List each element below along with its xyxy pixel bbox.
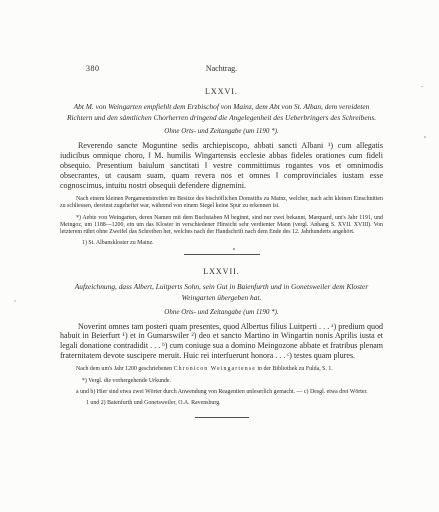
section-summary: Abt M. von Weingarten empfiehlt dem Erzb…	[64, 102, 379, 123]
section-summary: Aufzeichnung, dass Albert, Luitperts Soh…	[64, 282, 379, 303]
section-divider	[184, 254, 260, 255]
scan-speckle	[421, 86, 423, 87]
footnote-1-2: 1 und 2) Baienfurth und Gonetsweiler, O.…	[60, 400, 383, 407]
section-number: LXXVI.	[60, 87, 383, 96]
section-dateline: Ohne Orts- und Zeitangabe (um 1190 *).	[60, 308, 383, 316]
scan-speckle	[424, 136, 426, 138]
footnote-1: 1) St. Albanskloster zu Mainz.	[60, 240, 383, 247]
section-dateline: Ohne Orts- und Zeitangabe (um 1190 *).	[60, 127, 383, 135]
section-number: LXXVII.	[60, 267, 383, 276]
end-divider	[195, 417, 249, 418]
source-note-pre: Nach dem um's Jahr 1200 geschriebenen	[76, 366, 174, 372]
footnote-star: *) Vergl. die vorhergehende Urkunde.	[60, 378, 383, 385]
text-column: 380 Nachtrag. LXXVI. Abt M. von Weingart…	[60, 64, 383, 418]
section-body: Noverint omnes tam posteri quam presente…	[60, 322, 383, 362]
source-note-emphasis: Chronicon Weingartense	[174, 366, 256, 372]
running-title: Nachtrag.	[60, 64, 383, 73]
entry-lxxvi: LXXVI. Abt M. von Weingarten empfiehlt d…	[60, 87, 383, 247]
footnote-abc: a und b) Hier sind etwa zwei Wörter durc…	[60, 389, 383, 396]
scan-speckle	[233, 248, 235, 250]
source-note: Nach einem kleinen Pergamentstreifen im …	[60, 196, 383, 211]
source-note-post: in der Bibliothek zu Fulda, S. 1.	[256, 366, 333, 372]
footnote-star: *) Aebte von Weingarten, deren Namen mit…	[60, 215, 383, 237]
page-header: 380 Nachtrag.	[60, 64, 383, 75]
scan-speckle	[14, 300, 16, 302]
section-body: Reverendo sancte Moguntine sedis archiep…	[60, 141, 383, 191]
source-note: Nach dem um's Jahr 1200 geschriebenen Ch…	[60, 366, 383, 373]
entry-lxxvii: LXXVII. Aufzeichnung, dass Albert, Luitp…	[60, 267, 383, 407]
book-page: 380 Nachtrag. LXXVI. Abt M. von Weingart…	[0, 0, 439, 512]
